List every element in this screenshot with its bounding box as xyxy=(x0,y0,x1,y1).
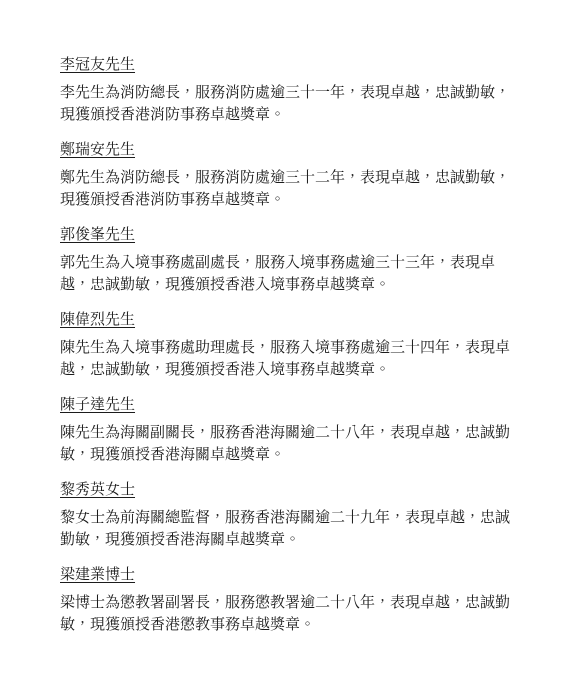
recipient-name-heading: 鄭瑞安先生 xyxy=(60,138,513,160)
citation-paragraph: 梁博士為懲教署副署長，服務懲教署逾二十八年，表現卓越，忠誠勤敏，現獲頒授香港懲教… xyxy=(60,591,513,635)
award-entry: 李冠友先生 李先生為消防總長，服務消防處逾三十一年，表現卓越，忠誠勤敏，現獲頒授… xyxy=(60,53,513,125)
citation-paragraph: 李先生為消防總長，服務消防處逾三十一年，表現卓越，忠誠勤敏，現獲頒授香港消防事務… xyxy=(60,81,513,125)
award-entry: 陳子達先生 陳先生為海關副關長，服務香港海關逾二十八年，表現卓越，忠誠勤敏，現獲… xyxy=(60,393,513,465)
award-entry: 鄭瑞安先生 鄭先生為消防總長，服務消防處逾三十二年，表現卓越，忠誠勤敏，現獲頒授… xyxy=(60,138,513,210)
recipient-name-heading: 陳子達先生 xyxy=(60,393,513,415)
recipient-name-heading: 李冠友先生 xyxy=(60,53,513,75)
award-entry: 梁建業博士 梁博士為懲教署副署長，服務懲教署逾二十八年，表現卓越，忠誠勤敏，現獲… xyxy=(60,563,513,635)
citation-paragraph: 鄭先生為消防總長，服務消防處逾三十二年，表現卓越，忠誠勤敏，現獲頒授香港消防事務… xyxy=(60,166,513,210)
citation-paragraph: 黎女士為前海關總監督，服務香港海關逾二十九年，表現卓越，忠誠勤敏，現獲頒授香港海… xyxy=(60,506,513,550)
citation-paragraph: 陳先生為入境事務處助理處長，服務入境事務處逾三十四年，表現卓越，忠誠勤敏，現獲頒… xyxy=(60,336,513,380)
recipient-name-heading: 郭俊峯先生 xyxy=(60,223,513,245)
document-page: 李冠友先生 李先生為消防總長，服務消防處逾三十一年，表現卓越，忠誠勤敏，現獲頒授… xyxy=(0,0,567,680)
citation-paragraph: 郭先生為入境事務處副處長，服務入境事務處逾三十三年，表現卓越，忠誠勤敏，現獲頒授… xyxy=(60,251,513,295)
award-entry: 黎秀英女士 黎女士為前海關總監督，服務香港海關逾二十九年，表現卓越，忠誠勤敏，現… xyxy=(60,478,513,550)
recipient-name-heading: 黎秀英女士 xyxy=(60,478,513,500)
recipient-name-heading: 陳偉烈先生 xyxy=(60,308,513,330)
recipient-name-heading: 梁建業博士 xyxy=(60,563,513,585)
citation-paragraph: 陳先生為海關副關長，服務香港海關逾二十八年，表現卓越，忠誠勤敏，現獲頒授香港海關… xyxy=(60,421,513,465)
award-entry: 陳偉烈先生 陳先生為入境事務處助理處長，服務入境事務處逾三十四年，表現卓越，忠誠… xyxy=(60,308,513,380)
award-entry: 郭俊峯先生 郭先生為入境事務處副處長，服務入境事務處逾三十三年，表現卓越，忠誠勤… xyxy=(60,223,513,295)
